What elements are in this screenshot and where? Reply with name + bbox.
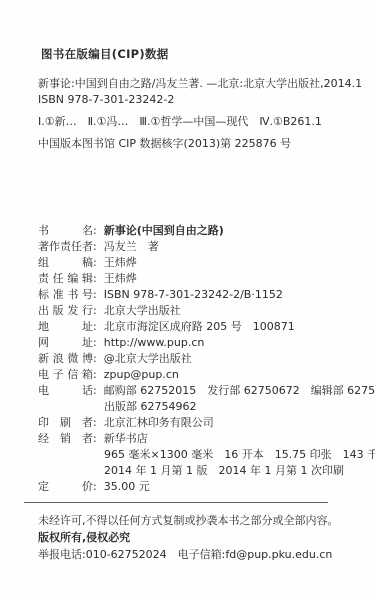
colophon-row-label: 电话 [38, 383, 93, 399]
colophon-row: 印刷者:北京汇林印务有限公司 [38, 415, 347, 431]
colophon-row-label: 地址 [38, 319, 93, 335]
colophon-row: 标准书号:ISBN 978-7-301-23242-2/B·1152 [38, 287, 347, 303]
cip-classification-line: Ⅰ.①新… Ⅱ.①冯… Ⅲ.①哲学—中国—现代 Ⅳ.①B261.1 [38, 114, 347, 130]
cip-registry-line: 中国版本图书馆 CIP 数据核字(2013)第 225876 号 [38, 136, 347, 152]
copyright-warning: 版权所有,侵权必究 [38, 529, 347, 546]
colophon-row-label: 印刷者 [38, 415, 93, 431]
colophon-row-colon: : [93, 303, 97, 319]
legal-footer: 未经许可,不得以任何方式复制或抄袭本书之部分或全部内容。 版权所有,侵权必究 举… [38, 512, 347, 563]
colophon-row-label: 经销者 [38, 431, 93, 447]
no-copy-notice: 未经许可,不得以任何方式复制或抄袭本书之部分或全部内容。 [38, 512, 347, 529]
colophon-row-colon: : [93, 287, 97, 303]
colophon-row: 新浪微博:@北京大学出版社 [38, 351, 347, 367]
divider-rule [24, 502, 328, 503]
colophon-continuation-line: 出版部 62754962 [38, 399, 347, 415]
colophon-row-value: 王炜烨 [104, 255, 137, 271]
colophon-row-colon: : [93, 351, 97, 367]
colophon-row: 责任编辑:王炜烨 [38, 271, 347, 287]
colophon-row: 电话:邮购部 62752015 发行部 62750672 编辑部 6275067… [38, 383, 347, 399]
colophon-row: 经销者:新华书店 [38, 431, 347, 447]
colophon-row-value: 北京市海淀区成府路 205 号 100871 [104, 319, 295, 335]
colophon-row-label: 责任编辑 [38, 271, 93, 287]
book-copyright-page: 图书在版编目(CIP)数据 新事论:中国到自由之路/冯友兰著. —北京:北京大学… [0, 0, 375, 598]
colophon-row: 电子信箱:zpup@pup.cn [38, 367, 347, 383]
colophon-row: 网址:http://www.pup.cn [38, 335, 347, 351]
colophon-row-colon: : [93, 383, 97, 399]
cip-isbn-line: ISBN 978-7-301-23242-2 [38, 92, 347, 108]
colophon-row-label: 定价 [38, 479, 93, 495]
colophon-row-label: 新浪微博 [38, 351, 93, 367]
colophon-row-colon: : [93, 335, 97, 351]
colophon-row-label: 出版发行 [38, 303, 93, 319]
cip-header: 图书在版编目(CIP)数据 [41, 46, 347, 62]
colophon-row-value: 北京大学出版社 [104, 303, 181, 319]
cip-block: 图书在版编目(CIP)数据 新事论:中国到自由之路/冯友兰著. —北京:北京大学… [38, 46, 347, 152]
colophon-row-value: zpup@pup.cn [104, 367, 179, 383]
colophon-row-label: 标准书号 [38, 287, 93, 303]
colophon-row-label: 著作责任者 [38, 239, 93, 255]
colophon-row-colon: : [93, 431, 97, 447]
colophon-row-colon: : [93, 255, 97, 271]
colophon-row-value: 邮购部 62752015 发行部 62750672 编辑部 62750673 [104, 383, 375, 399]
colophon-row-colon: : [93, 239, 97, 255]
colophon-list: 书名:新事论(中国到自由之路)著作责任者:冯友兰 著组稿:王炜烨责任编辑:王炜烨… [38, 223, 347, 495]
cip-record-line: 新事论:中国到自由之路/冯友兰著. —北京:北京大学出版社,2014.1 [38, 76, 347, 92]
colophon-row-label: 网址 [38, 335, 93, 351]
colophon-row: 书名:新事论(中国到自由之路) [38, 223, 347, 239]
colophon-row-label: 书名 [38, 223, 93, 239]
colophon-row: 著作责任者:冯友兰 著 [38, 239, 347, 255]
colophon-continuation-line: 965 毫米×1300 毫米 16 开本 15.75 印张 143 千字 [38, 447, 347, 463]
colophon-row: 地址:北京市海淀区成府路 205 号 100871 [38, 319, 347, 335]
colophon-row-value: 北京汇林印务有限公司 [104, 415, 214, 431]
colophon-row-value: ISBN 978-7-301-23242-2/B·1152 [104, 287, 283, 303]
colophon-row-value: 冯友兰 著 [104, 239, 159, 255]
colophon-row: 组稿:王炜烨 [38, 255, 347, 271]
colophon-row-value: @北京大学出版社 [104, 351, 192, 367]
colophon-row: 出版发行:北京大学出版社 [38, 303, 347, 319]
colophon-row-colon: : [93, 367, 97, 383]
colophon-row-colon: : [93, 271, 97, 287]
colophon-continuation-line: 2014 年 1 月第 1 版 2014 年 1 月第 1 次印刷 [38, 463, 347, 479]
colophon-row-value: 王炜烨 [104, 271, 137, 287]
colophon-row-colon: : [93, 479, 97, 495]
colophon-row-colon: : [93, 223, 97, 239]
colophon-row-value: http://www.pup.cn [104, 335, 205, 351]
colophon-row-value: 35.00 元 [104, 479, 150, 495]
colophon-row-label: 组稿 [38, 255, 93, 271]
colophon-row-label: 电子信箱 [38, 367, 93, 383]
report-contact-line: 举报电话:010-62752024 电子信箱:fd@pup.pku.edu.cn [38, 546, 347, 563]
colophon-row-colon: : [93, 415, 97, 431]
colophon-row-value: 新事论(中国到自由之路) [104, 223, 224, 239]
colophon-row-colon: : [93, 319, 97, 335]
colophon-row: 定价:35.00 元 [38, 479, 347, 495]
colophon-row-value: 新华书店 [104, 431, 148, 447]
